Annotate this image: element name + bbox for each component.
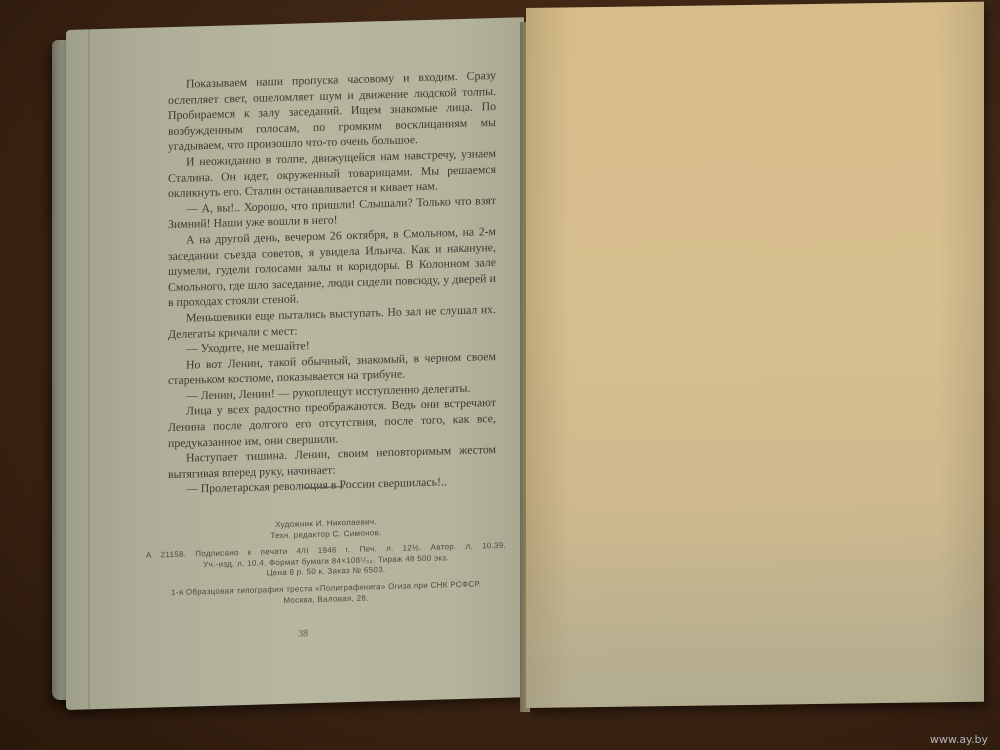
watermark: www.ay.by: [930, 733, 988, 746]
paragraph: Показываем наши пропуска часовому и вход…: [168, 68, 496, 155]
page-number: 38: [298, 628, 308, 639]
paragraph: А на другой день, вечером 26 октября, в …: [168, 224, 496, 311]
right-page-blank: [526, 2, 984, 708]
open-book: Показываем наши пропуска часовому и вход…: [0, 0, 1000, 750]
left-page: Показываем наши пропуска часовому и вход…: [66, 17, 524, 710]
page-fold-line: [88, 29, 90, 709]
colophon-imprint: Художник И. Николаевич. Техн. редактор С…: [146, 514, 506, 610]
story-text: Показываем наши пропуска часовому и вход…: [168, 68, 496, 498]
